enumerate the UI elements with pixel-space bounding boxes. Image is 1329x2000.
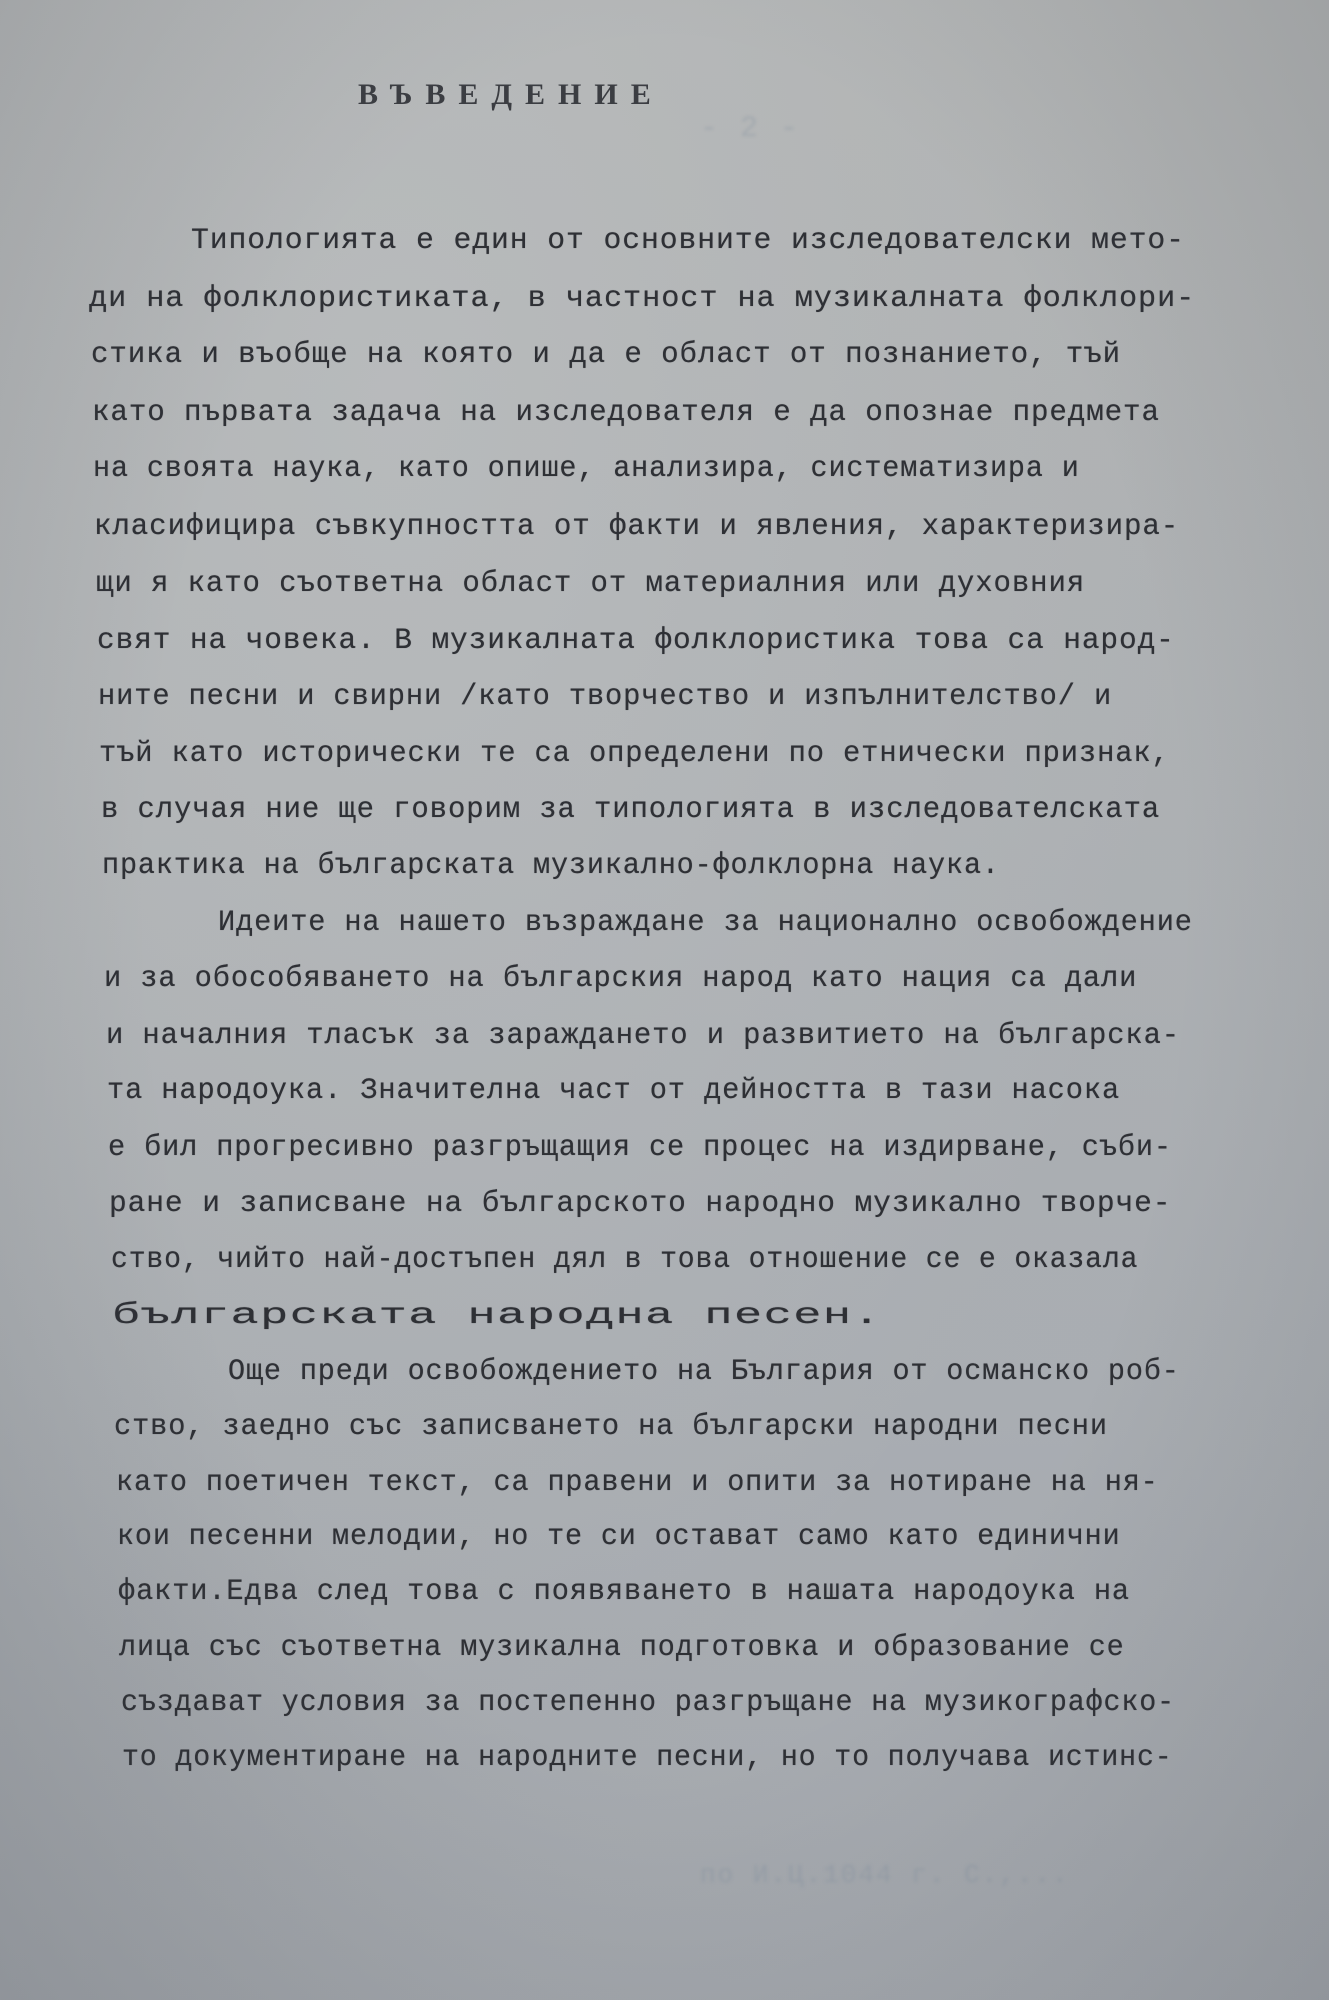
text-line: ство, чийто най-достъпен дял в това отно… (111, 1243, 1138, 1277)
bleed-through-footer: по И.Ц.1044 г. С.,... (700, 1860, 1070, 1890)
text-line: в случая ние ще говорим за типологията в… (101, 793, 1160, 827)
text-line: българската народна песен. (112, 1299, 882, 1333)
bleed-through-page-number: - 2 - (700, 112, 800, 146)
text-line: и за обособяването на българския народ к… (104, 962, 1137, 996)
text-line: и началния тласък за зараждането и разви… (106, 1019, 1180, 1053)
text-line: класифицира съвкупността от факти и явле… (94, 510, 1179, 544)
text-line: тъй като исторически те са определени по… (99, 737, 1170, 771)
text-line: създават условия за постепенно разгръщан… (121, 1686, 1175, 1720)
paragraph-first-line: Типологията е един от основните изследов… (191, 224, 1185, 258)
text-line: като поетичен текст, са правени и опити … (116, 1466, 1159, 1500)
text-line: ство, заедно със записването на българск… (114, 1410, 1108, 1444)
text-line: факти.Едва след това с появяването в наш… (118, 1575, 1130, 1609)
paragraph-first-line: Още преди освобождението на България от … (228, 1355, 1180, 1389)
text-line: кои песенни мелодии, но те си остават са… (117, 1520, 1121, 1554)
page-title: ВЪВЕДЕНИЕ (358, 78, 664, 112)
text-line: щи я като съответна област от материални… (96, 567, 1085, 601)
text-line: като първата задача на изследователя е д… (92, 396, 1160, 430)
text-line: лица със съответна музикална подготовка … (119, 1631, 1125, 1665)
text-line: та народоука. Значителна част от дейност… (107, 1074, 1120, 1108)
text-line: е бил прогресивно разгръщащия се процес … (108, 1131, 1172, 1165)
text-line: ните песни и свирни /като творчество и и… (98, 680, 1112, 714)
text-line: то документиране на народните песни, но … (122, 1741, 1173, 1775)
text-line: на своята наука, като опише, анализира, … (93, 452, 1080, 486)
text-line: ране и записване на българското народно … (109, 1187, 1171, 1221)
text-line: практика на българската музикално-фолкло… (102, 849, 1000, 883)
paragraph-first-line: Идеите на нашето възраждане за националн… (218, 906, 1193, 940)
text-line: стика и въобще на която и да е област от… (91, 338, 1121, 372)
text-line: свят на човека. В музикалната фолклорист… (97, 624, 1175, 658)
text-line: ди на фолклористиката, в частност на муз… (89, 282, 1195, 316)
